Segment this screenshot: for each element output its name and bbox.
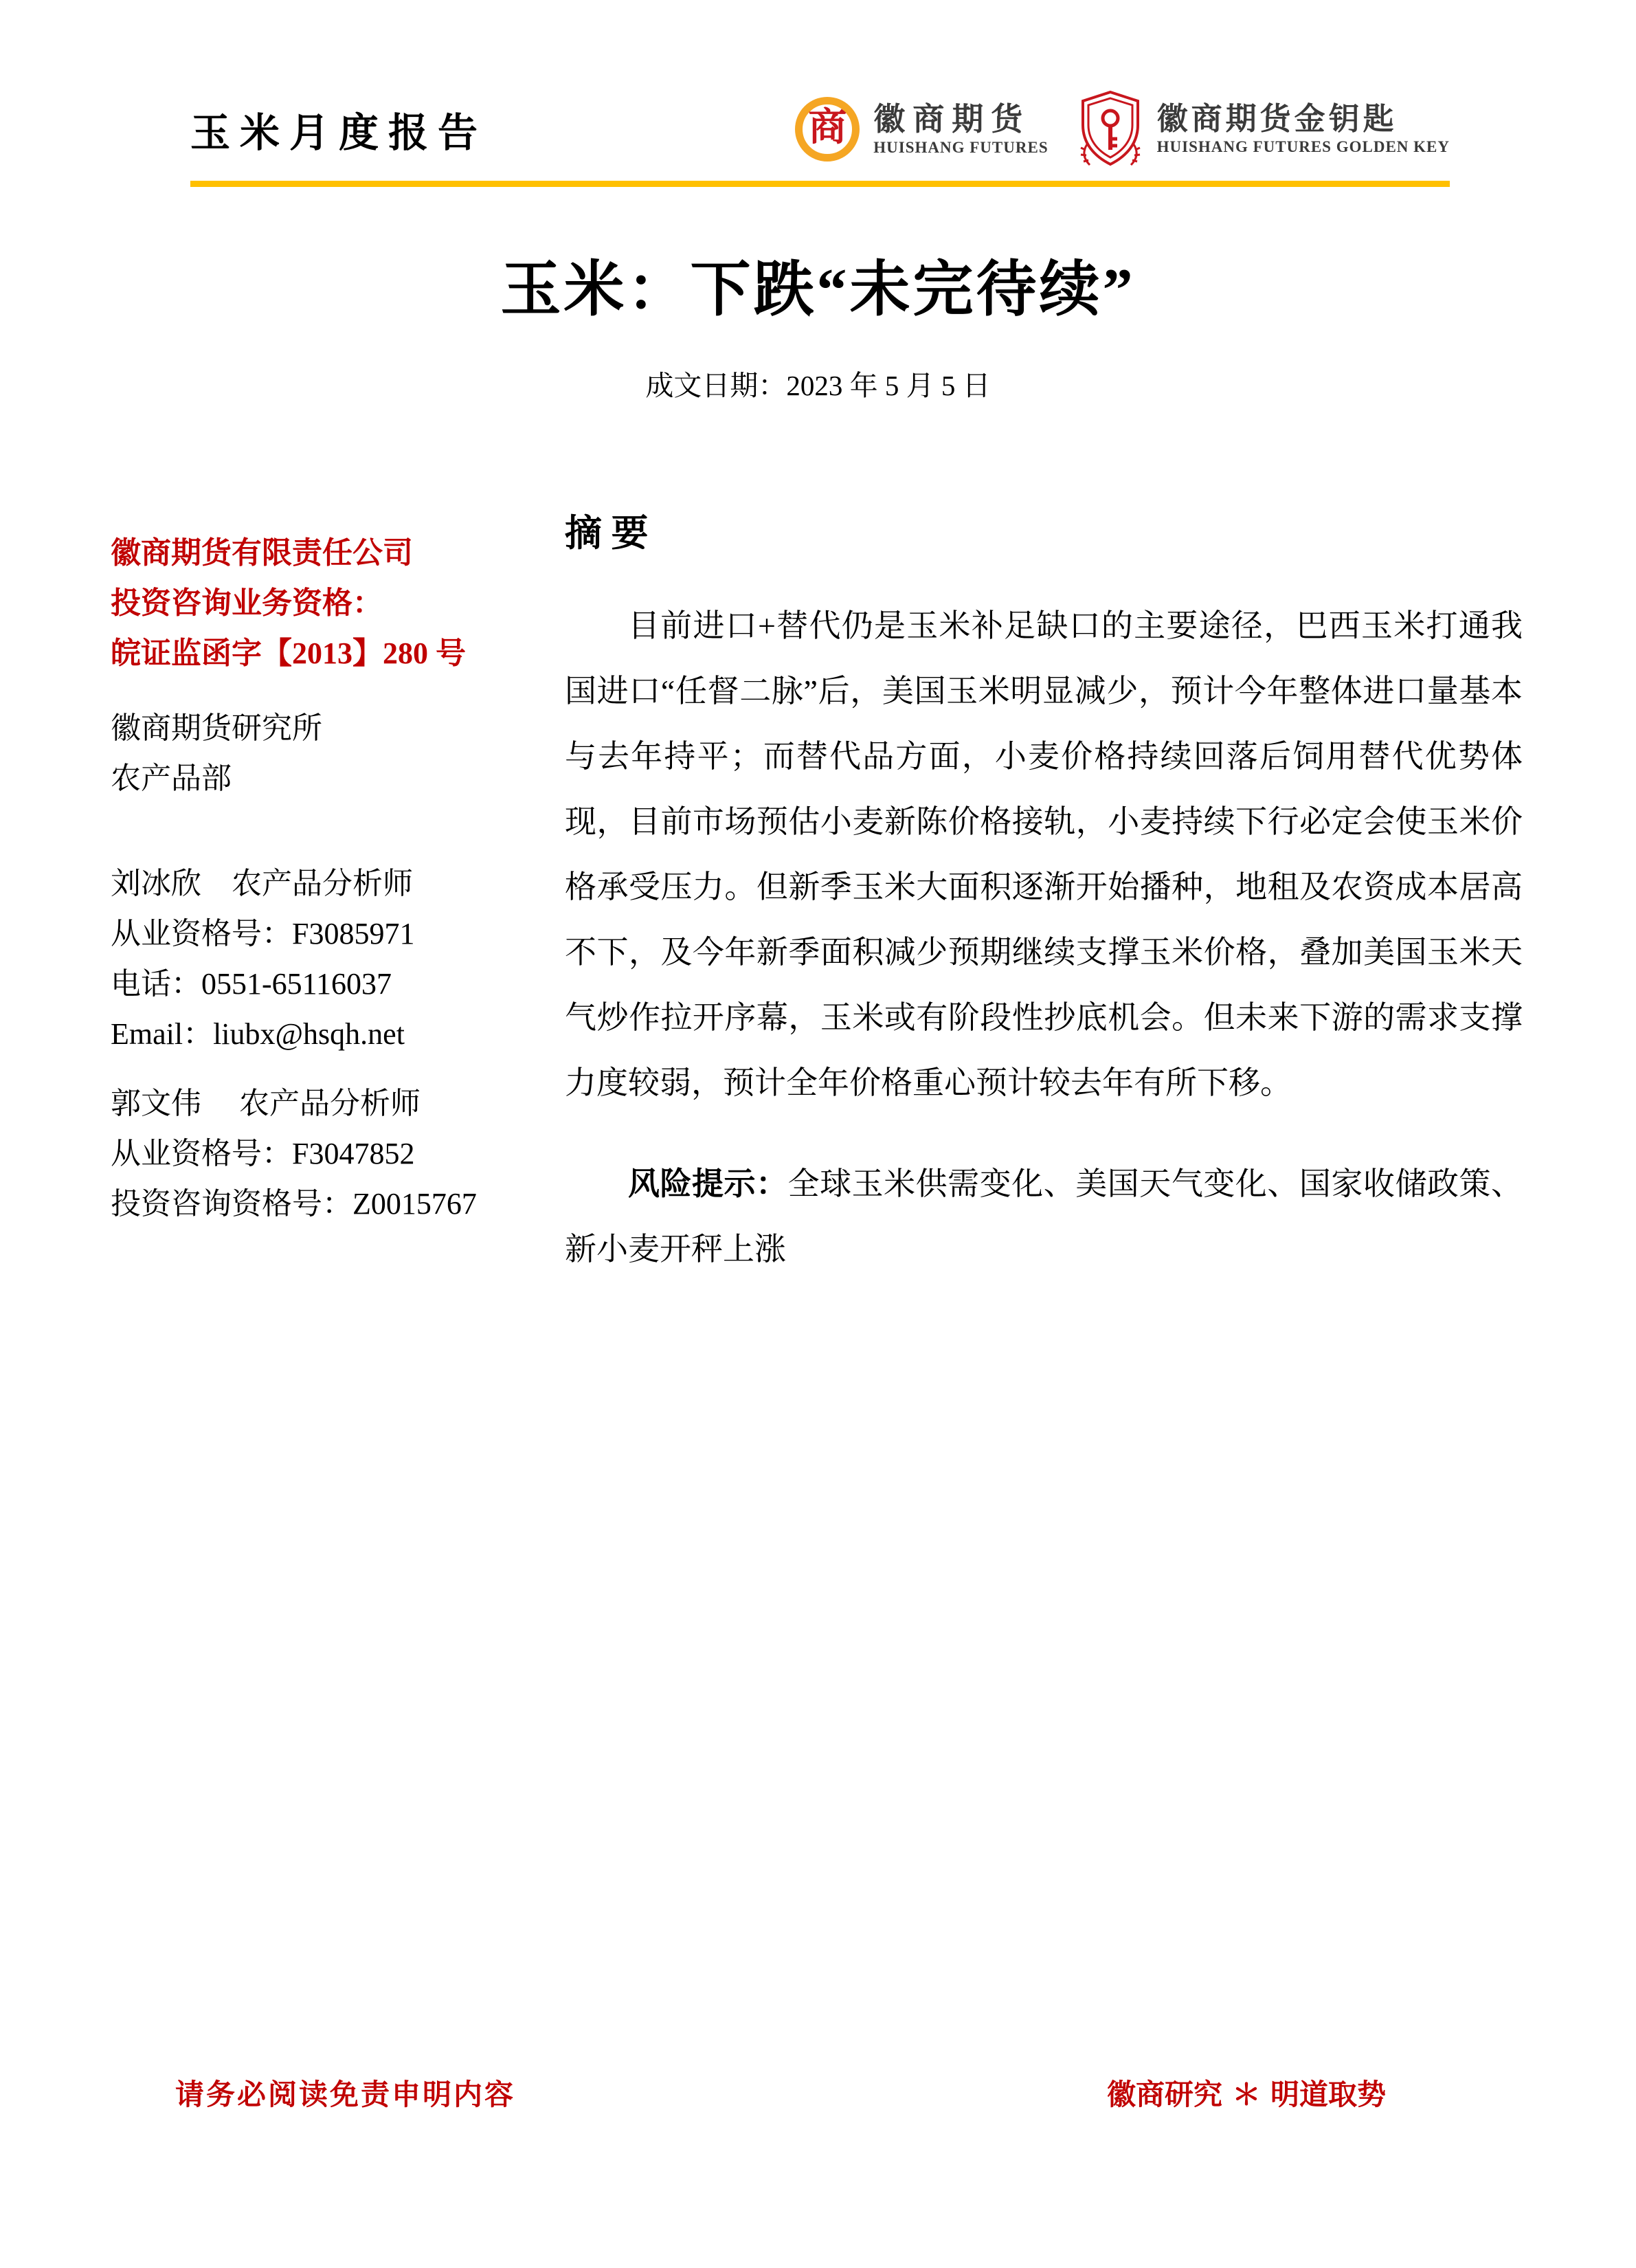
asterisk-separator-icon: ＊ xyxy=(1232,2072,1261,2113)
company-name: 徽商期货有限责任公司 xyxy=(111,528,544,578)
huishang-logo-text: 徽商期货 HUISHANG FUTURES xyxy=(873,102,1048,157)
analyst-block-2: 郭文伟 农产品分析师 从业资格号：F3047852 投资咨询资格号：Z00157… xyxy=(111,1078,544,1229)
emblem-glyph: 商 xyxy=(808,109,847,147)
logo2-name-en: HUISHANG FUTURES GOLDEN KEY xyxy=(1157,137,1450,157)
commerce-emblem-icon: 商 xyxy=(795,97,860,162)
summary-section: 摘 要 目前进口+替代仍是玉米补足缺口的主要途径，巴西玉米打通我国进口“任督二脉… xyxy=(565,512,1523,1282)
brand-name: 徽商研究 xyxy=(1107,2072,1222,2113)
disclaimer-notice: 请务必阅读免责申明内容 xyxy=(175,2072,515,2113)
analyst-block-1: 刘冰欣 农产品分析师 从业资格号：F3085971 电话：0551-651160… xyxy=(111,858,544,1059)
golden-key-logo-text: 徽商期货金钥匙 HUISHANG FUTURES GOLDEN KEY xyxy=(1157,102,1450,156)
summary-paragraph: 目前进口+替代仍是玉米补足缺口的主要途径，巴西玉米打通我国进口“任督二脉”后，美… xyxy=(565,593,1523,1115)
risk-label: 风险提示： xyxy=(628,1166,788,1201)
report-date: 成文日期：2023 年 5 月 5 日 xyxy=(0,363,1636,403)
page-header: 玉米月度报告 商 徽商期货 HUISHANG FUTURES xyxy=(190,81,1450,177)
brand-motto: 徽商研究 ＊ 明道取势 xyxy=(1107,2072,1386,2113)
department-block: 徽商期货研究所 农产品部 xyxy=(111,703,544,803)
page-footer: 请务必阅读免责申明内容 徽商研究 ＊ 明道取势 xyxy=(175,2072,1386,2113)
analyst-email: Email：liubx@hsqh.net xyxy=(111,1009,544,1059)
motto-text: 明道取势 xyxy=(1270,2072,1386,2113)
huishang-futures-logo: 商 徽商期货 HUISHANG FUTURES xyxy=(795,97,1048,162)
department-name: 农产品部 xyxy=(111,753,544,803)
analyst2-advisory-number: 投资咨询资格号：Z0015767 xyxy=(111,1179,544,1229)
logo-name-en: HUISHANG FUTURES xyxy=(873,138,1048,157)
page-title: 玉米：下跌“未完待续” xyxy=(0,241,1636,328)
shield-key-icon xyxy=(1077,89,1143,169)
golden-key-logo: 徽商期货金钥匙 HUISHANG FUTURES GOLDEN KEY xyxy=(1077,89,1450,169)
report-type-label: 玉米月度报告 xyxy=(190,100,487,158)
analyst-phone: 电话：0551-65116037 xyxy=(111,959,544,1009)
analyst2-name-title: 郭文伟 农产品分析师 xyxy=(111,1078,544,1129)
header-divider-rule xyxy=(190,181,1450,187)
report-page: 玉米月度报告 商 徽商期货 HUISHANG FUTURES xyxy=(0,0,1636,2268)
analyst-name-title: 刘冰欣 农产品分析师 xyxy=(111,858,544,909)
license-block: 徽商期货有限责任公司 投资咨询业务资格： 皖证监函字【2013】280 号 xyxy=(111,528,544,678)
logo-name-cn: 徽商期货 xyxy=(873,102,1048,138)
summary-heading: 摘 要 xyxy=(565,512,1523,555)
analyst-cert-number: 从业资格号：F3085971 xyxy=(111,909,544,959)
logo2-name-cn: 徽商期货金钥匙 xyxy=(1157,102,1450,137)
brand-logos: 商 徽商期货 HUISHANG FUTURES xyxy=(795,89,1450,169)
license-number: 皖证监函字【2013】280 号 xyxy=(111,628,544,678)
analyst2-cert-number: 从业资格号：F3047852 xyxy=(111,1129,544,1179)
risk-paragraph: 风险提示：全球玉米供需变化、美国天气变化、国家收储政策、新小麦开秤上涨 xyxy=(565,1151,1523,1282)
research-institute: 徽商期货研究所 xyxy=(111,703,544,753)
info-sidebar: 徽商期货有限责任公司 投资咨询业务资格： 皖证监函字【2013】280 号 徽商… xyxy=(111,528,544,1229)
qualification-label: 投资咨询业务资格： xyxy=(111,578,544,628)
